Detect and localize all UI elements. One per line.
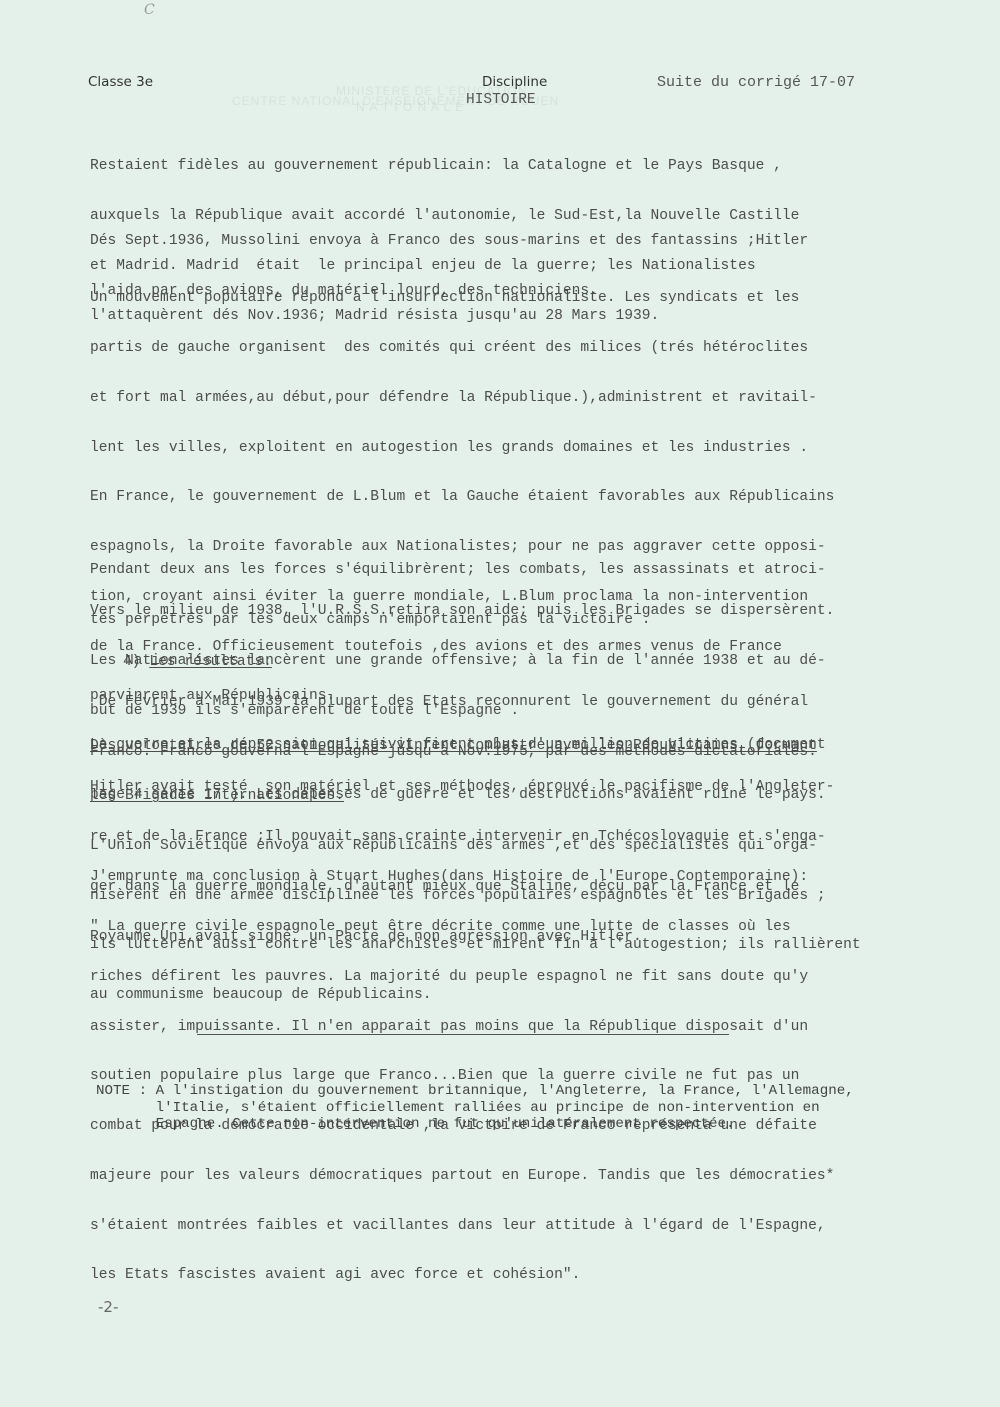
text-line: Hitler avait testé son matériel et ses m… [90,779,970,796]
text-line: Un mouvement populaire répond à l'insurr… [90,290,970,307]
footnote: NOTE : A l'instigation du gouvernement b… [96,1083,854,1133]
text-line: l'Italie, s'étaient officiellement ralli… [156,1100,854,1117]
text-line: riches défirent les pauvres. La majorité… [90,969,970,986]
document-reference: Suite du corrigé 17-07 [657,74,855,91]
page-number: -2- [98,1298,118,1316]
text-line: s'étaient montrées faibles et vacillante… [90,1218,970,1235]
text-line: assister, impuissante. Il n'en apparait … [90,1019,970,1036]
paragraph-conclusion-quote: J'emprunte ma conclusion à Stuart Hughes… [90,836,970,1317]
text-line: et fort mal armées,au début,pour défendr… [90,390,970,407]
horizontal-divider [197,1034,729,1035]
document-page: MINISTERE DE L'EDUCATION N A T I O N A L… [0,0,1000,1407]
text-line: En France, le gouvernement de L.Blum et … [90,489,970,506]
text-line: " La guerre civile espagnole peut être d… [90,919,970,936]
text-line: Espagne. Cette non-intervention ne fut q… [156,1116,854,1133]
discipline-label: Discipline [482,74,547,90]
text-line: A l'instigation du gouvernement britanni… [156,1083,854,1100]
class-label: Classe 3e [88,74,153,90]
text-line: partis de gauche organisent des comités … [90,340,970,357]
text-line: majeure pour les valeurs démocratiques p… [90,1168,970,1185]
text-line: J'emprunte ma conclusion à Stuart Hughes… [90,869,970,886]
text-line: Dés Sept.1936, Mussolini envoya à Franco… [90,233,970,250]
text-line: les Etats fascistes avaient agi avec for… [90,1267,970,1284]
note-label: NOTE : [96,1083,147,1099]
text-line: Vers le milieu de 1938, l'U.R.S.S.retira… [90,603,970,620]
text-line: Restaient fidèles au gouvernement républ… [90,158,970,175]
pencil-mark: C [144,2,155,18]
text-line: lent les villes, exploitent en autogesti… [90,440,970,457]
discipline-value: HISTOIRE [466,92,536,108]
